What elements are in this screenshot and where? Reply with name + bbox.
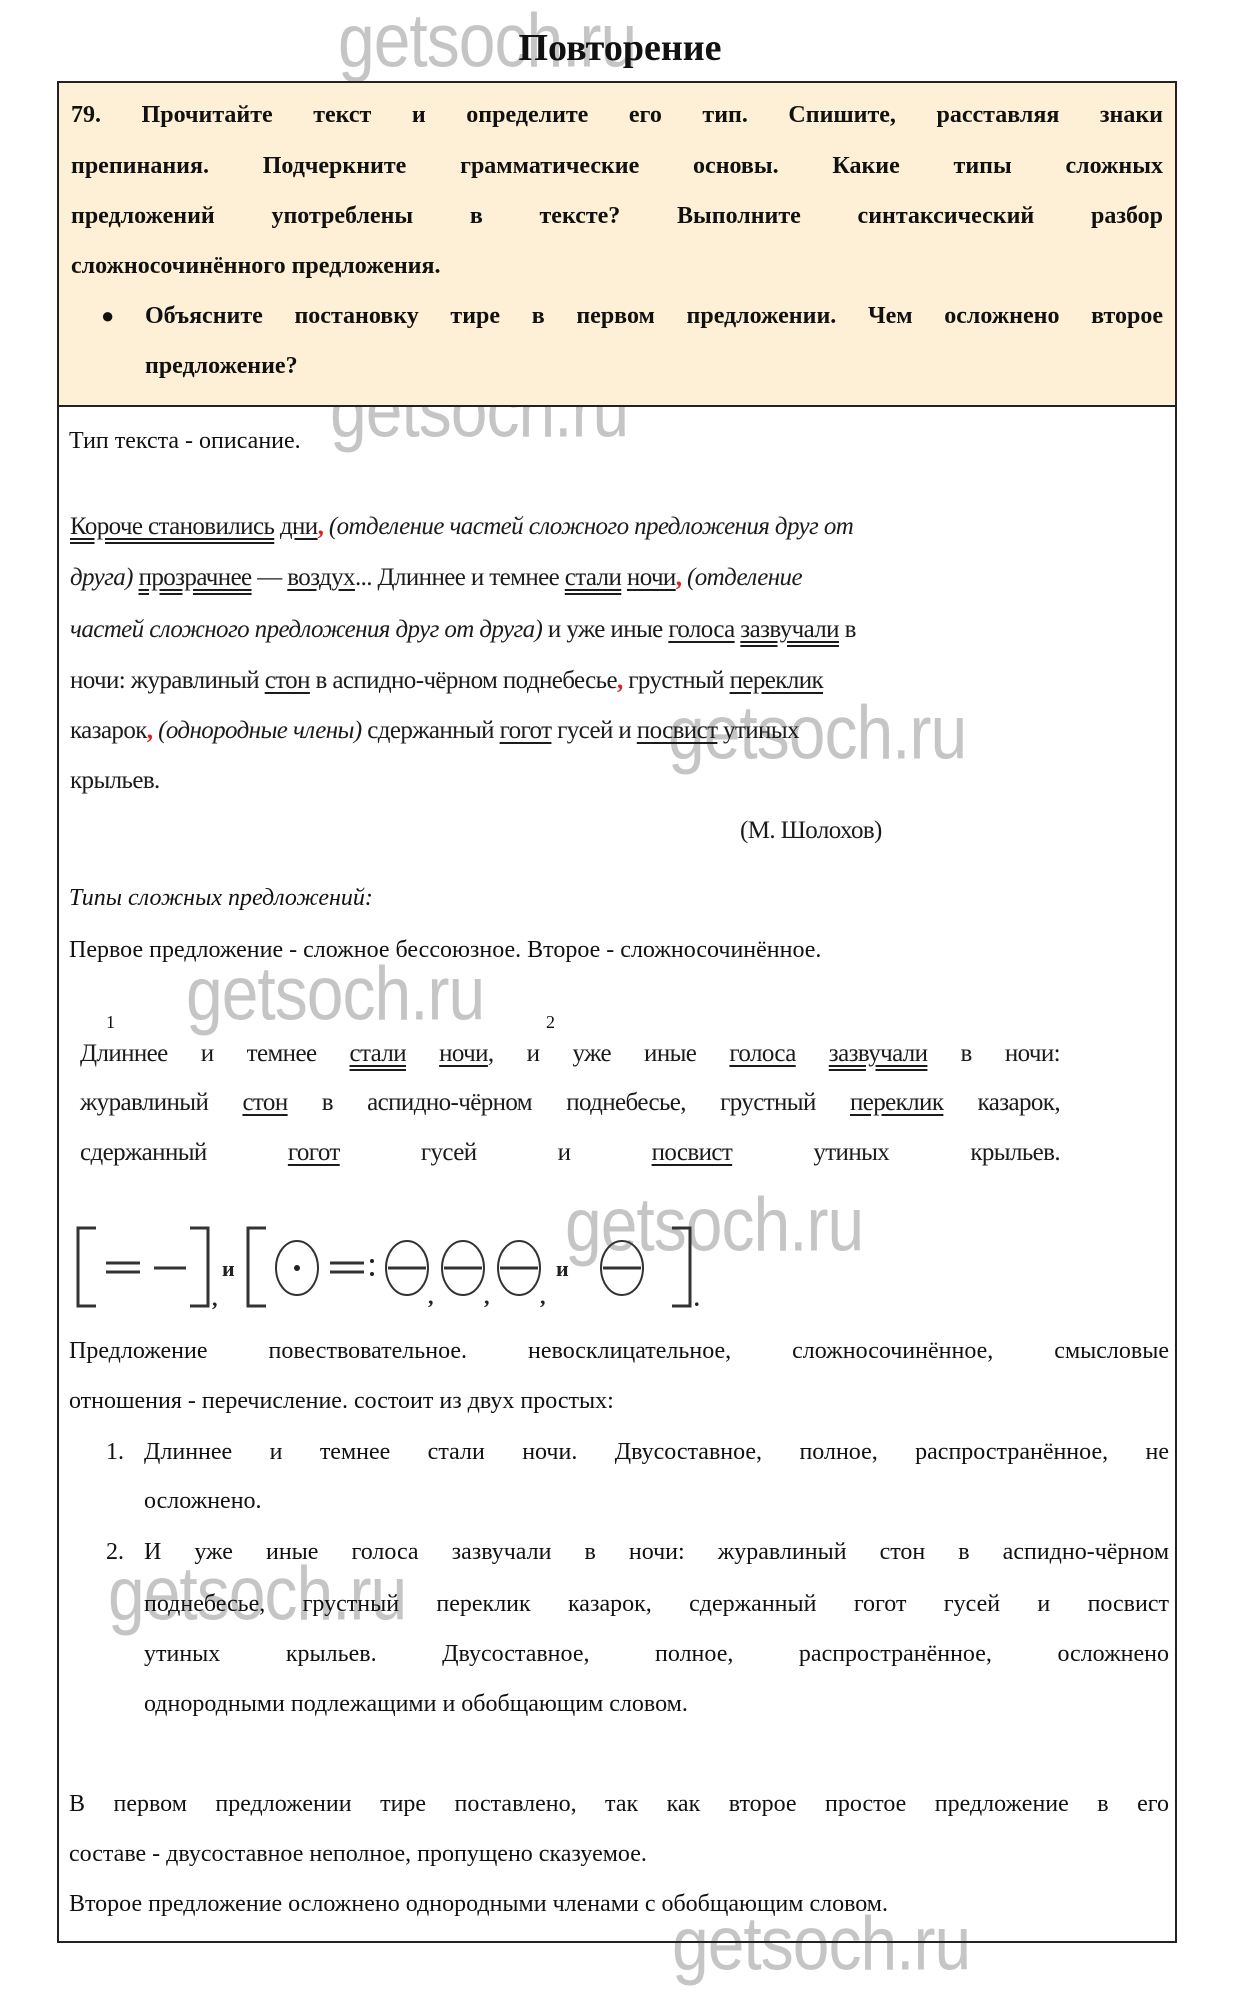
text: — [252, 564, 288, 591]
part-number: 1 [106, 1012, 115, 1033]
conclusion-line: В первом предложении тире поставлено, та… [69, 1787, 1169, 1821]
svg-text:,: , [212, 1286, 218, 1311]
task-line: 79. Прочитайте текст и определите его ти… [71, 98, 1163, 132]
types-text: Первое предложение - сложное бессоюзное.… [69, 933, 821, 967]
text: Длиннее и темнее [80, 1040, 316, 1067]
subject: стон [242, 1089, 287, 1116]
svg-text:,: , [484, 1284, 490, 1309]
predicate: Короче становились [70, 513, 274, 540]
predicate: прозрачнее [139, 564, 252, 591]
scheme-conjunction: и [222, 1256, 235, 1281]
text-type: Тип текста - описание. [69, 424, 301, 458]
text: в ночи: [961, 1040, 1060, 1067]
text: ночи: журавлиный [70, 667, 265, 694]
sentence-scheme: , и , , , и . [74, 1218, 754, 1318]
passage-line: друга) прозрачнее — воздух... Длиннее и … [70, 561, 802, 595]
passage-line: частей сложного предложения друг от друг… [70, 613, 856, 647]
list-item-line: утиных крыльев. Двусоставное, полное, ра… [144, 1637, 1169, 1671]
text: , и уже иные [488, 1040, 696, 1067]
analysis-line: сдержанный гогот гусей и посвист утиных … [80, 1136, 1060, 1170]
text: утиных [813, 1139, 889, 1166]
note: (отделение частей сложного предложения д… [323, 513, 853, 540]
subject: гогот [288, 1139, 340, 1166]
part-number: 2 [546, 1012, 555, 1033]
passage-line: ночи: журавлиный стон в аспидно-чёрном п… [70, 664, 823, 698]
description-line: отношения - перечисление. состоит из дву… [69, 1384, 614, 1418]
note: частей сложного предложения друг от друг… [70, 616, 542, 643]
list-item-line: однородными подлежащими и обобщающим сло… [144, 1687, 688, 1721]
text: в [839, 616, 856, 643]
types-heading: Типы сложных предложений: [69, 881, 373, 915]
subject: посвист [652, 1139, 733, 1166]
subject: гогот [500, 717, 552, 744]
subject: голоса [729, 1040, 795, 1067]
text: казарок [70, 717, 147, 744]
note: (однородные члены) [152, 717, 361, 744]
predicate: зазвучали [740, 616, 839, 643]
text: сдержанный [362, 717, 500, 744]
svg-text:.: . [694, 1286, 700, 1311]
note: (отделение [681, 564, 802, 591]
passage-line: Короче становились дни, (отделение часте… [70, 510, 853, 544]
description-line: Предложение повествовательное. невосклиц… [69, 1334, 1169, 1368]
text: гусей [421, 1139, 477, 1166]
task-line: препинания. Подчеркните грамматические о… [71, 149, 1163, 183]
svg-text:и: и [556, 1256, 569, 1281]
subject: переклик [850, 1089, 943, 1116]
subject: голоса [668, 616, 734, 643]
passage-author: (М. Шолохов) [740, 814, 882, 848]
analysis-line: журавлиный стон в аспидно-чёрном поднебе… [80, 1086, 1060, 1120]
task-line: сложносочинённого предложения. [71, 249, 1163, 283]
note: друга) [70, 564, 133, 591]
list-item-line: поднебесье, грустный переклик казарок, с… [144, 1587, 1169, 1621]
task-bullet-line: предложение? [145, 349, 1163, 383]
svg-text:,: , [428, 1284, 434, 1309]
text: утиных [717, 717, 799, 744]
passage-line: крыльев. [70, 764, 160, 798]
text: и [558, 1139, 571, 1166]
svg-text:,: , [540, 1284, 546, 1309]
analysis-line: Длиннее и темнее стали ночи, и уже иные … [80, 1037, 1060, 1071]
subject: воздух [287, 564, 355, 591]
list-item-line: И уже иные голоса зазвучали в ночи: жура… [144, 1535, 1169, 1569]
subject: стон [265, 667, 310, 694]
text: в аспидно-чёрном поднебесье, грустный [322, 1089, 816, 1116]
text: крыльев. [970, 1139, 1060, 1166]
task-bullet-line: Объясните постановку тире в первом предл… [145, 299, 1163, 333]
conclusion-line: составе - двусоставное неполное, пропуще… [69, 1837, 647, 1871]
text: грустный [623, 667, 730, 694]
text: гусей и [551, 717, 636, 744]
passage-line: казарок, (однородные члены) сдержанный г… [70, 714, 799, 748]
text: казарок, [978, 1089, 1060, 1116]
predicate: зазвучали [829, 1040, 928, 1067]
subject: дни [280, 513, 318, 540]
subject: переклик [730, 667, 823, 694]
text: в аспидно-чёрном поднебесье [310, 667, 617, 694]
list-item-line: осложнено. [144, 1484, 262, 1518]
predicate: стали [350, 1040, 407, 1067]
text: ... Длиннее и темнее [355, 564, 565, 591]
list-number: 1. [106, 1435, 124, 1469]
list-number: 2. [106, 1535, 124, 1569]
task-header-cell: 79. Прочитайте текст и определите его ти… [59, 83, 1175, 407]
list-item-line: Длиннее и темнее стали ночи. Двусоставно… [144, 1435, 1169, 1469]
task-line: предложений употреблены в тексте? Выполн… [71, 199, 1163, 233]
bullet-icon: ● [101, 299, 114, 333]
text: и уже иные [542, 616, 668, 643]
page-title: Повторение [0, 26, 1240, 70]
text: сдержанный [80, 1139, 207, 1166]
subject: ночи [439, 1040, 488, 1067]
subject: ночи [627, 564, 676, 591]
subject: посвист [637, 717, 718, 744]
predicate: стали [565, 564, 622, 591]
text: журавлиный [80, 1089, 208, 1116]
conclusion-line: Второе предложение осложнено однородными… [69, 1887, 888, 1921]
